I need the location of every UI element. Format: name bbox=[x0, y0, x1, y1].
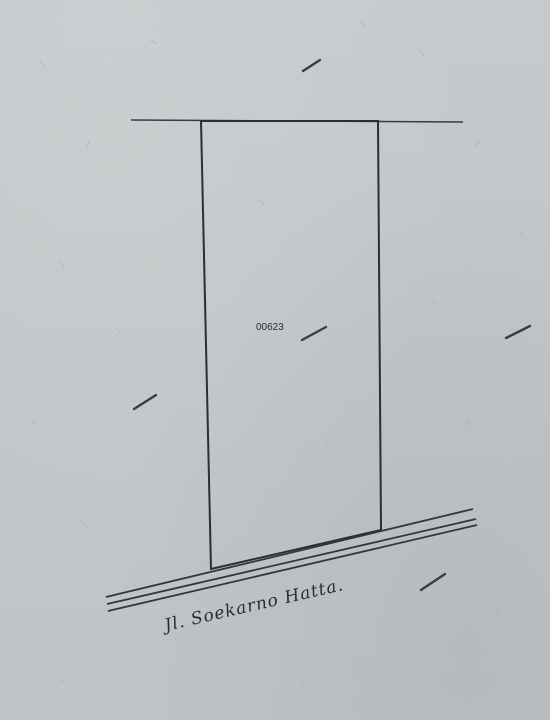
parcel-id-label: 00623 bbox=[256, 322, 284, 333]
parcel-sketch: 00623 Jl. Soekarno Hatta. bbox=[0, 0, 550, 720]
road-name-label: Jl. Soekarno Hatta. bbox=[160, 575, 346, 636]
parcel-boundary bbox=[201, 121, 381, 569]
road-edge-line-1 bbox=[106, 509, 473, 597]
